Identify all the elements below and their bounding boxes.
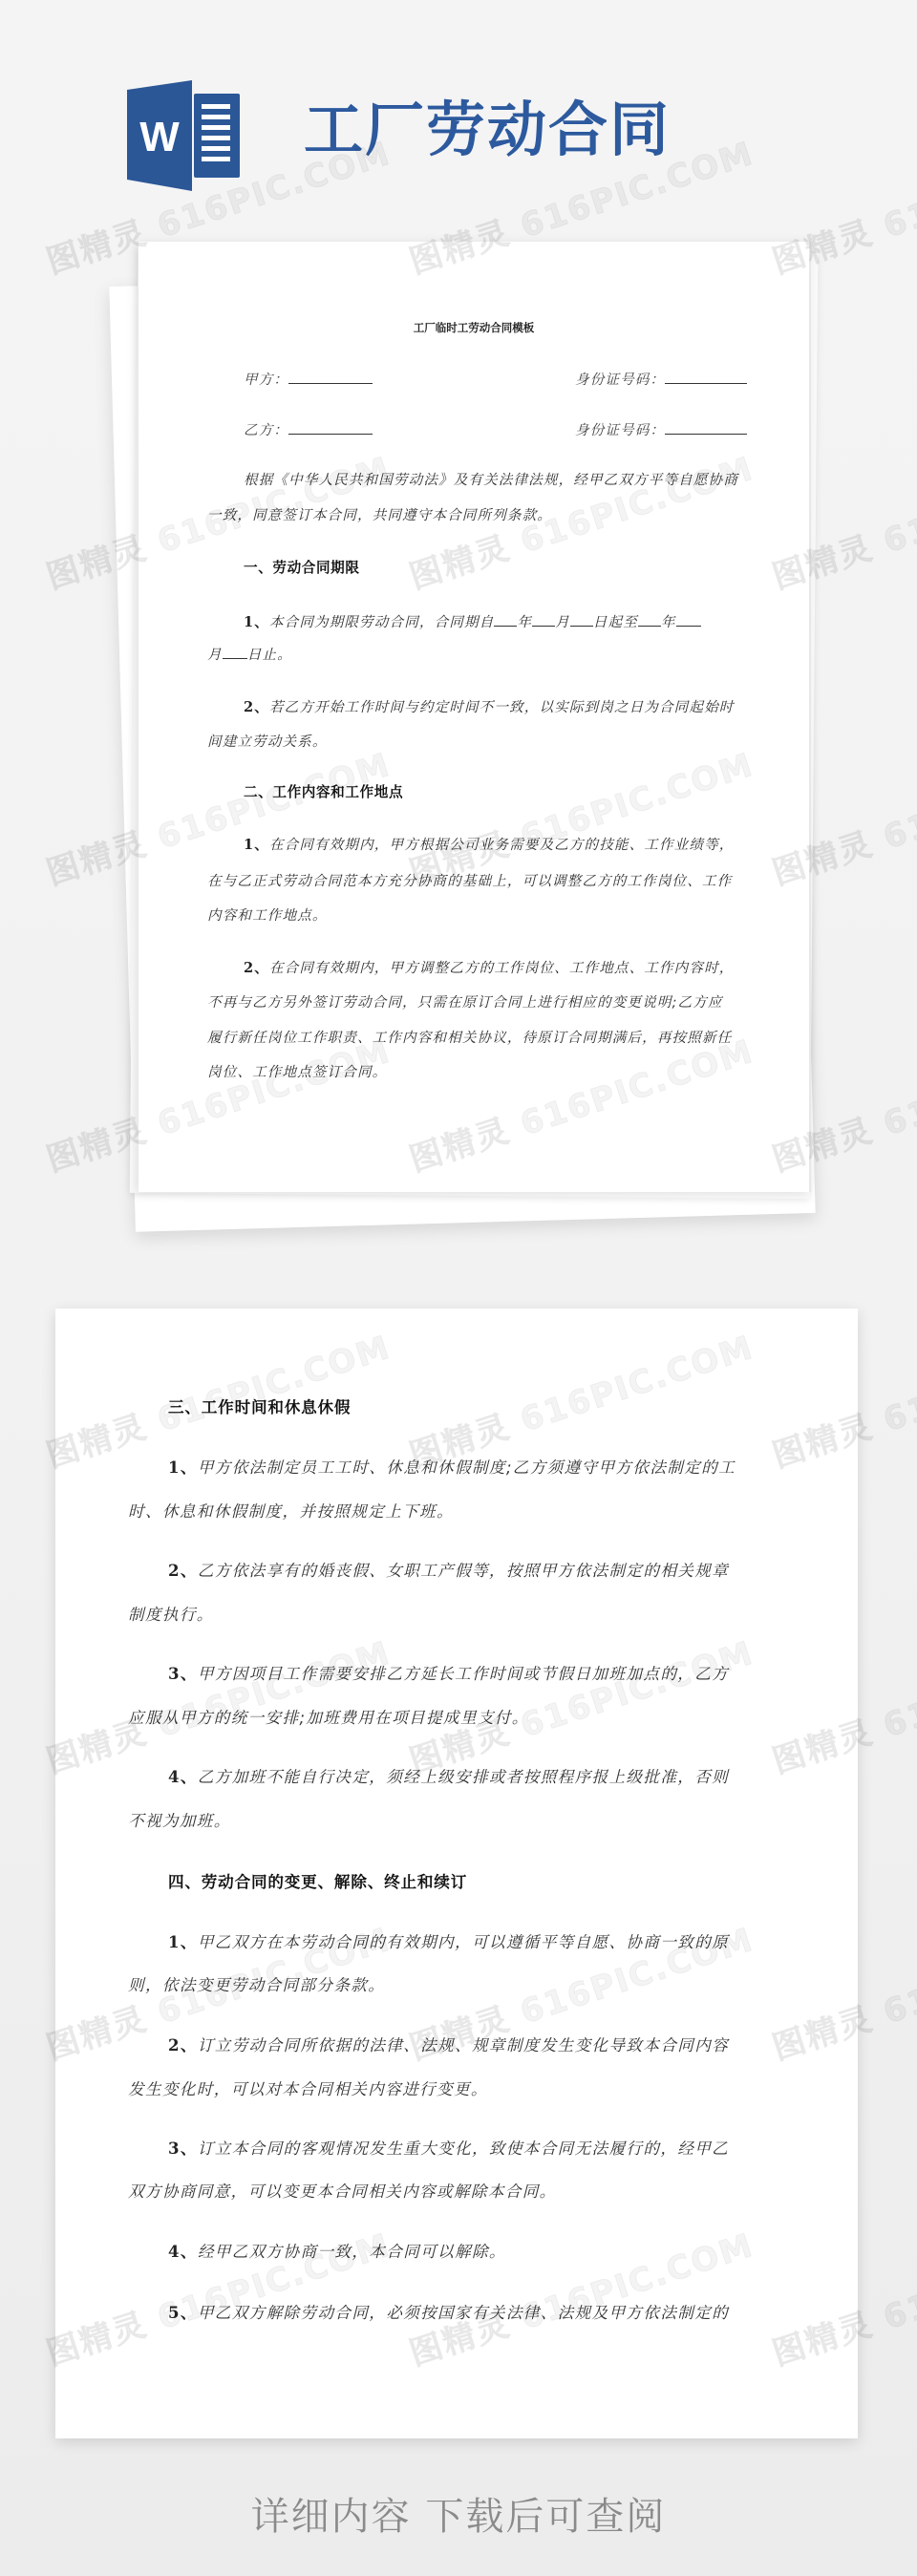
- party-a-id-label: 身份证号码：: [575, 372, 665, 388]
- clause-line: 制度执行。: [128, 1602, 214, 1625]
- section-heading: 三、工作时间和休息休假: [168, 1394, 351, 1417]
- clause-line: 1、甲方依法制定员工工时、休息和休假制度;乙方须遵守甲方依法制定的工: [168, 1455, 736, 1478]
- party-b-field[interactable]: [288, 420, 373, 435]
- clause-line: 月日止。: [207, 644, 292, 664]
- clause-line: 时、休息和休假制度，并按照规定上下班。: [128, 1499, 454, 1522]
- section-heading: 二、工作内容和工作地点: [244, 781, 403, 801]
- clause-line: 2、乙方依法享有的婚丧假、女职工产假等，按照甲方依法制定的相关规章: [168, 1558, 729, 1581]
- section-heading: 四、劳动合同的变更、解除、终止和续订: [168, 1869, 467, 1892]
- clause-line: 1、本合同为期限劳动合同，合同期自年月日起至年: [244, 611, 701, 631]
- section-heading: 一、劳动合同期限: [244, 557, 360, 577]
- party-a-id-row: 身份证号码：: [575, 369, 747, 389]
- clause-line: 应服从甲方的统一安排;加班费用在项目提成里支付。: [128, 1705, 529, 1728]
- clause-line: 双方协商同意，可以变更本合同相关内容或解除本合同。: [128, 2179, 557, 2202]
- day-field[interactable]: [570, 612, 593, 627]
- page-title: 工厂劳动合同: [304, 92, 671, 168]
- party-a-row: 甲方：: [244, 369, 373, 389]
- clause-line: 5、甲乙双方解除劳动合同，必须按国家有关法律、法规及甲方依法制定的: [168, 2300, 729, 2323]
- party-b-id-field[interactable]: [665, 420, 747, 435]
- clause-line: 不再与乙方另外签订劳动合同，只需在原订合同上进行相应的变更说明;乙方应: [207, 991, 723, 1011]
- clause-line: 2、在合同有效期内，甲方调整乙方的工作岗位、工作地点、工作内容时，: [244, 957, 734, 977]
- clause-line: 不视为加班。: [128, 1808, 231, 1831]
- document-page-1: 工厂临时工劳动合同模板 甲方： 身份证号码： 乙方： 身份证号码： 根据《中华人…: [139, 242, 811, 1192]
- party-a-id-field[interactable]: [665, 370, 747, 384]
- party-a-field[interactable]: [288, 370, 373, 384]
- clause-line: 则，依法变更劳动合同部分条款。: [128, 1972, 385, 1995]
- party-b-label: 乙方：: [244, 422, 288, 438]
- month-field[interactable]: [532, 612, 555, 627]
- clause-line: 间建立劳动关系。: [207, 731, 328, 751]
- clause-line: 4、乙方加班不能自行决定，须经上级安排或者按照程序报上级批准，否则: [168, 1764, 729, 1787]
- clause-line: 内容和工作地点。: [207, 905, 328, 925]
- party-b-id-row: 身份证号码：: [575, 419, 747, 439]
- clause-line: 履行新任岗位工作职责、工作内容和相关协议，待原订合同期满后，再按照新任: [207, 1027, 732, 1047]
- svg-text:W: W: [139, 114, 180, 160]
- clause-line: 岗位、工作地点签订合同。: [207, 1061, 387, 1081]
- word-document-icon: W: [127, 80, 244, 191]
- document-page-2: 三、工作时间和休息休假 1、甲方依法制定员工工时、休息和休假制度;乙方须遵守甲方…: [55, 1309, 858, 2438]
- party-b-id-label: 身份证号码：: [575, 422, 665, 438]
- day-field[interactable]: [223, 645, 247, 659]
- clause-line: 2、若乙方开始工作时间与约定时间不一致，以实际到岗之日为合同起始时: [244, 696, 734, 716]
- clause-line: 发生变化时，可以对本合同相关内容进行变更。: [128, 2076, 488, 2099]
- preamble-line: 根据《中华人民共和国劳动法》及有关法律法规，经甲乙双方平等自愿协商: [244, 469, 738, 489]
- clause-line: 4、经甲乙双方协商一致，本合同可以解除。: [168, 2239, 506, 2262]
- month-field[interactable]: [676, 612, 701, 627]
- year-field[interactable]: [494, 612, 517, 627]
- clause-line: 1、甲乙双方在本劳动合同的有效期内，可以遵循平等自愿、协商一致的原: [168, 1929, 729, 1952]
- party-a-label: 甲方：: [244, 372, 288, 388]
- download-prompt: 详细内容 下载后可查阅: [0, 2486, 917, 2541]
- clause-line: 3、甲方因项目工作需要安排乙方延长工作时间或节假日加班加点的，乙方: [168, 1661, 729, 1684]
- party-b-row: 乙方：: [244, 419, 373, 439]
- clause-line: 3、订立本合同的客观情况发生重大变化，致使本合同无法履行的，经甲乙: [168, 2136, 729, 2159]
- clause-line: 在与乙正式劳动合同范本方充分协商的基础上，可以调整乙方的工作岗位、工作: [207, 870, 732, 890]
- clause-line: 2、订立劳动合同所依据的法律、法规、规章制度发生变化导致本合同内容: [168, 2033, 729, 2055]
- preamble-line: 一致，同意签订本合同，共同遵守本合同所列条款。: [207, 504, 552, 524]
- year-field[interactable]: [638, 612, 661, 627]
- document-title: 工厂临时工劳动合同模板: [139, 320, 809, 335]
- clause-line: 1、在合同有效期内，甲方根据公司业务需要及乙方的技能、工作业绩等，: [244, 834, 734, 854]
